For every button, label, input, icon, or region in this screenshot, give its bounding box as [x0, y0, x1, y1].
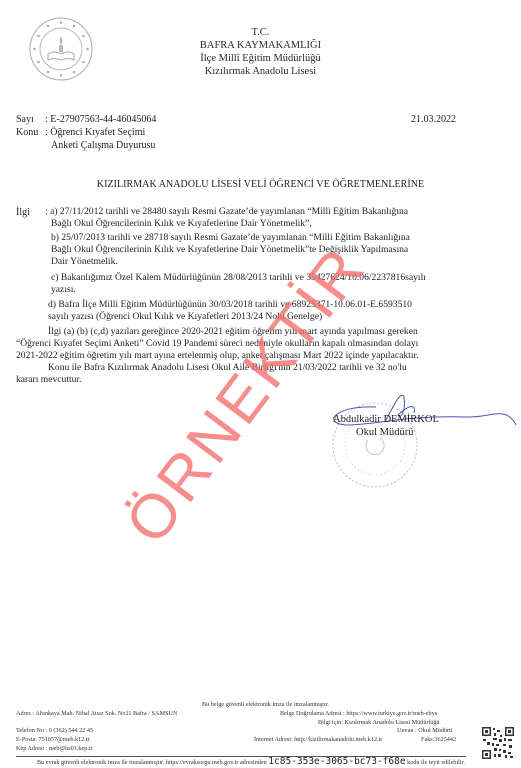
- header-kaymakamlik: BAFRA KAYMAKAMLIĞI: [0, 40, 521, 53]
- paragraph-1-line1: İlgi (a) (b) (c,d) yazıları gereğince 20…: [48, 326, 418, 338]
- footer-bottom-line: Bu evrak güvenli elektronik imza ile imz…: [37, 758, 465, 767]
- signature-scribble-icon: [316, 385, 521, 435]
- footer-kep: Kep Adresi : meb@hs01.kep.tr: [16, 745, 93, 753]
- konu-value: : Öğrenci Kıyafet Seçimi: [45, 126, 145, 139]
- footer-web: İnternet Adresi: http://kizilirmakanadol…: [254, 736, 382, 744]
- ilgi-c-line2: yazısı.: [51, 284, 76, 296]
- footer-esign-notice: Bu belge güvenli elektronik imza ile imz…: [202, 701, 329, 709]
- paragraph-1-line2: “Öğrenci Kıyafet Seçimi Anketi” Covid 19…: [16, 338, 418, 350]
- footer-phone: Telefon No : 0 (362) 544 22 45: [16, 727, 93, 735]
- ilgi-a-line2: Bağlı Okul Öğrencilerinin Kılık ve Kıyaf…: [51, 218, 312, 230]
- ilgi-b-line1: b) 25/07/2013 tarihli ve 28718 sayılı Re…: [51, 232, 410, 244]
- paragraph-2-line2: kararı mevcuttur.: [16, 374, 82, 386]
- konu-label: Konu: [16, 126, 38, 139]
- sayi-value: : E-27907563-44-46045064: [45, 113, 156, 126]
- document-date: 21.03.2022: [411, 113, 456, 126]
- footer-unvan: Unvan : Okul Müdürü: [397, 727, 452, 735]
- footer-address: Adres : Altınkaya Mah. Nihal Atsız Sok. …: [16, 710, 177, 718]
- ilgi-label: İlgi: [16, 206, 30, 219]
- qr-code-icon[interactable]: [481, 726, 515, 760]
- footer-info: Bilgi için: Kızılırmak Anadolu Lisesi Mü…: [318, 719, 440, 727]
- header-school: Kızılırmak Anadolu Lisesi: [0, 66, 521, 79]
- addressee-heading: KIZILIRMAK ANADOLU LİSESİ VELİ ÖĞRENCİ V…: [0, 179, 521, 190]
- verification-code: 1c85-353e-3065-bc73-f68e: [268, 756, 405, 767]
- footer-bottom-suffix: kodu ile teyit edilebilir.: [407, 759, 465, 766]
- signer-name: Abdulkadir DEMİRKOL: [333, 413, 439, 426]
- header-tc: T.C.: [0, 27, 521, 40]
- header-mudurluk: İlçe Millî Eğitim Müdürlüğü: [0, 53, 521, 66]
- footer-email: E-Posta: 751057@meb.k12.tr: [16, 736, 90, 744]
- signer-title: Okul Müdürü: [356, 426, 413, 439]
- footer-verify-address: Belge Doğrulama Adresi : https://www.tur…: [280, 710, 437, 718]
- sayi-label: Sayı: [16, 113, 34, 126]
- footer-bottom-prefix: Bu evrak güvenli elektronik imza ile imz…: [37, 759, 267, 766]
- ilgi-b-line3: Dair Yönetmelik.: [51, 256, 118, 268]
- ilgi-a-line1: : a) 27/11/2012 tarihli ve 28480 sayılı …: [45, 206, 408, 218]
- konu-value-cont: Anketi Çalışma Duyurusu: [51, 139, 155, 152]
- ilgi-b-line2: Bağlı Okul Öğrencilerinin Kılık ve Kıyaf…: [51, 244, 408, 256]
- footer-fax: Faks:3625442: [421, 736, 456, 744]
- paragraph-1-line3: 2021-2022 eğitim öğretim yılı mart ayına…: [16, 350, 419, 362]
